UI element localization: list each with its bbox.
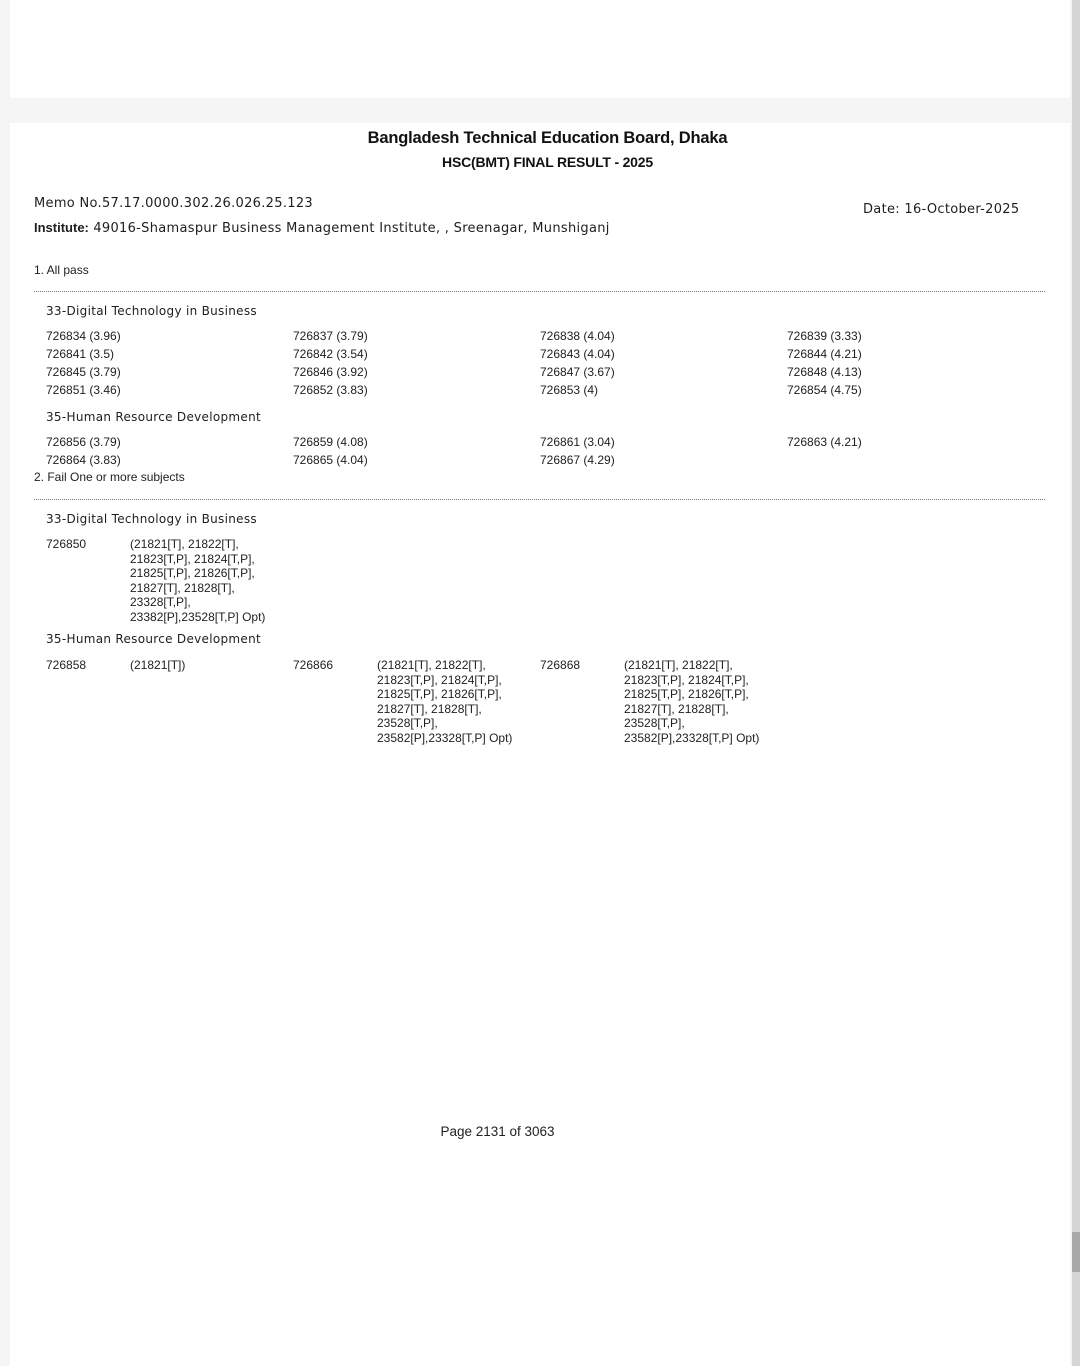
roll-gpa (787, 451, 1034, 469)
pass-list: 726856 (3.79)726859 (4.08)726861 (3.04)7… (46, 433, 1046, 469)
issue-date: Date: 16-October-2025 (863, 202, 1019, 217)
roll-gpa: 726867 (4.29) (540, 451, 787, 469)
roll-gpa: 726843 (4.04) (540, 345, 787, 363)
result-page: Bangladesh Technical Education Board, Dh… (10, 123, 1070, 1366)
roll-gpa: 726842 (3.54) (293, 345, 540, 363)
result-row: 726864 (3.83)726865 (4.04)726867 (4.29) (46, 451, 1046, 469)
failed-subjects: (21821[T], 21822[T], 21823[T,P], 21824[T… (130, 537, 280, 624)
result-row: 726851 (3.46)726852 (3.83)726853 (4)7268… (46, 381, 1046, 399)
fail-heading: 2. Fail One or more subjects (34, 470, 185, 484)
institute-line: Institute: 49016-Shamaspur Business Mana… (34, 220, 610, 236)
roll-gpa: 726837 (3.79) (293, 327, 540, 345)
roll-gpa: 726859 (4.08) (293, 433, 540, 451)
failed-subjects: (21821[T]) (130, 658, 280, 673)
fail-entry: 726858 (21821[T]) (46, 658, 280, 673)
roll-gpa: 726853 (4) (540, 381, 787, 399)
roll-gpa: 726846 (3.92) (293, 363, 540, 381)
result-subtitle: HSC(BMT) FINAL RESULT - 2025 (10, 154, 1080, 170)
roll-gpa: 726848 (4.13) (787, 363, 1034, 381)
roll-gpa: 726856 (3.79) (46, 433, 293, 451)
result-row: 726841 (3.5)726842 (3.54)726843 (4.04)72… (46, 345, 1046, 363)
roll-gpa: 726841 (3.5) (46, 345, 293, 363)
roll-number: 726868 (540, 658, 624, 745)
memo-number: Memo No.57.17.0000.302.26.026.25.123 (34, 196, 313, 211)
roll-gpa: 726847 (3.67) (540, 363, 787, 381)
scrollbar-thumb[interactable] (1072, 1232, 1080, 1272)
subject-heading: 35-Human Resource Development (46, 410, 261, 424)
fail-entry: 726868 (21821[T], 21822[T], 21823[T,P], … (540, 658, 774, 745)
fail-entry: 726866 (21821[T], 21822[T], 21823[T,P], … (293, 658, 527, 745)
divider (34, 499, 1045, 500)
pass-list: 726834 (3.96)726837 (3.79)726838 (4.04)7… (46, 327, 1046, 399)
failed-subjects: (21821[T], 21822[T], 21823[T,P], 21824[T… (377, 658, 527, 745)
subject-heading: 35-Human Resource Development (46, 632, 261, 646)
all-pass-heading: 1. All pass (34, 263, 89, 277)
subject-heading: 33-Digital Technology in Business (46, 304, 257, 318)
result-row: 726845 (3.79)726846 (3.92)726847 (3.67)7… (46, 363, 1046, 381)
previous-page (10, 0, 1070, 98)
roll-gpa: 726861 (3.04) (540, 433, 787, 451)
failed-subjects: (21821[T], 21822[T], 21823[T,P], 21824[T… (624, 658, 774, 745)
divider (34, 291, 1045, 292)
result-row: 726834 (3.96)726837 (3.79)726838 (4.04)7… (46, 327, 1046, 345)
subject-heading: 33-Digital Technology in Business (46, 512, 257, 526)
roll-gpa: 726839 (3.33) (787, 327, 1034, 345)
scrollbar[interactable] (1072, 0, 1080, 1366)
roll-gpa: 726854 (4.75) (787, 381, 1034, 399)
board-title: Bangladesh Technical Education Board, Dh… (10, 129, 1080, 148)
page-number: Page 2131 of 3063 (10, 1124, 985, 1139)
roll-gpa: 726834 (3.96) (46, 327, 293, 345)
roll-gpa: 726864 (3.83) (46, 451, 293, 469)
roll-gpa: 726865 (4.04) (293, 451, 540, 469)
fail-entry: 726850 (21821[T], 21822[T], 21823[T,P], … (46, 537, 280, 624)
institute-label: Institute: (34, 220, 89, 235)
roll-gpa: 726863 (4.21) (787, 433, 1034, 451)
roll-gpa: 726845 (3.79) (46, 363, 293, 381)
roll-gpa: 726852 (3.83) (293, 381, 540, 399)
roll-number: 726850 (46, 537, 130, 624)
institute-name: 49016-Shamaspur Business Management Inst… (93, 221, 609, 236)
roll-gpa: 726838 (4.04) (540, 327, 787, 345)
roll-number: 726858 (46, 658, 130, 673)
roll-number: 726866 (293, 658, 377, 745)
result-row: 726856 (3.79)726859 (4.08)726861 (3.04)7… (46, 433, 1046, 451)
roll-gpa: 726851 (3.46) (46, 381, 293, 399)
roll-gpa: 726844 (4.21) (787, 345, 1034, 363)
